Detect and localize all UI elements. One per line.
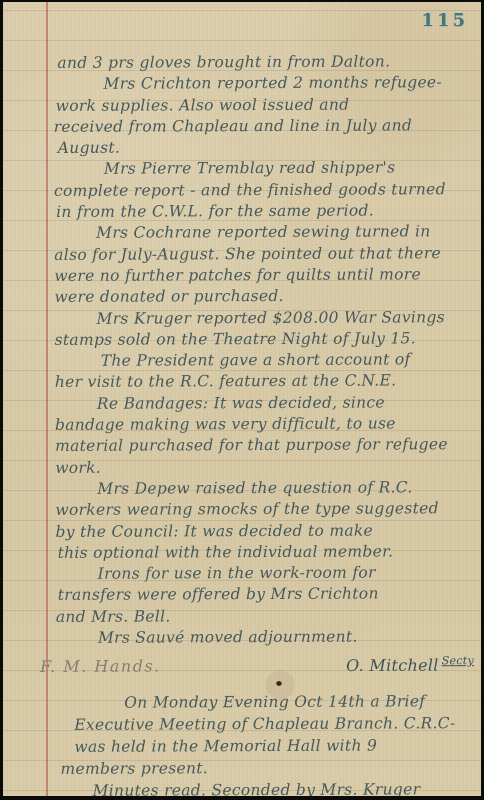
signature-secretary-name: O. Mitchell [346, 655, 439, 674]
manuscript-text: and 3 prs gloves brought in from Dalton.… [53, 51, 478, 796]
manuscript-line: material purchased for that purpose for … [55, 434, 477, 457]
manuscript-line: received from Chapleau and line in July … [54, 115, 476, 138]
manuscript-line: bandage making was very difficult, to us… [55, 413, 477, 436]
next-meeting-entry: On Monday Evening Oct 14th a Brief Execu… [56, 690, 478, 796]
manuscript-line: and 3 prs gloves brought in from Dalton. [57, 51, 475, 74]
manuscript-line: Irons for use in the work-room for [98, 562, 478, 585]
manuscript-line: Executive Meeting of Chapleau Branch. C.… [74, 712, 478, 736]
signature-secretary-title: Secty [442, 654, 474, 667]
signature-row: F. M. Hands. O. MitchellSecty [40, 649, 478, 677]
scanned-minute-book-page: 115 and 3 prs gloves brought in from Dal… [0, 0, 484, 800]
manuscript-line: this optional with the individual member… [58, 541, 478, 564]
manuscript-line: work supplies. Also wool issued and [56, 94, 476, 117]
manuscript-line: and Mrs. Bell. [56, 605, 478, 628]
manuscript-line: stamps sold on the Theatre Night of July… [55, 328, 477, 351]
manuscript-line: members present. [60, 756, 478, 780]
paper-speck [276, 681, 282, 686]
manuscript-line: was held in the Memorial Hall with 9 [74, 734, 478, 758]
manuscript-line: by the Council: It was decided to make [55, 520, 477, 543]
signature-chairman: F. M. Hands. [40, 655, 161, 677]
manuscript-line: August. [58, 136, 476, 159]
manuscript-line: Mrs Pierre Tremblay read shipper's [104, 158, 476, 181]
manuscript-line: Mrs Depew raised the question of R.C. [97, 477, 477, 500]
manuscript-line: in from the C.W.L. for the same period. [56, 200, 476, 223]
manuscript-line: Minutes read. Seconded by Mrs. Kruger [93, 778, 479, 796]
manuscript-line: Mrs Kruger reported $208.00 War Savings [96, 307, 476, 330]
manuscript-line: Mrs Cochrane reported sewing turned in [96, 221, 476, 244]
manuscript-line: her visit to the R.C. features at the C.… [55, 371, 477, 394]
manuscript-line: were donated or purchased. [54, 285, 476, 308]
manuscript-line: work. [55, 456, 477, 479]
page-number-stamp: 115 [421, 10, 468, 31]
signature-secretary: O. MitchellSecty [346, 650, 474, 676]
manuscript-line: complete report - and the finished goods… [54, 179, 476, 202]
manuscript-line: also for July-August. She pointed out th… [54, 243, 476, 266]
manuscript-line: Mrs Sauvé moved adjournment. [98, 626, 478, 649]
paper-sheet: 115 and 3 prs gloves brought in from Dal… [3, 2, 481, 796]
manuscript-line: workers wearing smocks of the type sugge… [55, 498, 477, 521]
manuscript-line: transfers were offered by Mrs Crichton [58, 583, 478, 606]
manuscript-line: The President gave a short account of [101, 349, 477, 372]
manuscript-line: were no further patches for quilts until… [54, 264, 476, 287]
minutes-body: and 3 prs gloves brought in from Dalton.… [53, 51, 478, 649]
manuscript-line: Mrs Crichton reported 2 months refugee- [103, 72, 475, 95]
manuscript-line: On Monday Evening Oct 14th a Brief [124, 690, 478, 714]
manuscript-line: Re Bandages: It was decided, since [97, 392, 477, 415]
